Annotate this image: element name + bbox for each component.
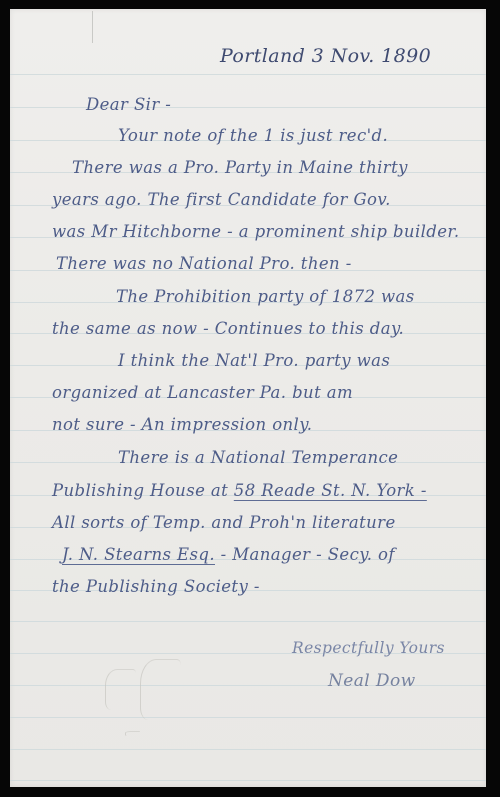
letter-line: organized at Lancaster Pa. but am — [52, 385, 353, 402]
closing: Respectfully Yours — [292, 641, 445, 657]
letter-line: All sorts of Temp. and Proh'n literature — [52, 515, 396, 532]
letter-line: Publishing House at 58 Reade St. N. York… — [52, 483, 427, 500]
rule-line — [10, 74, 486, 75]
rule-line — [10, 107, 486, 108]
letter-text: - Manager - Secy. of — [215, 545, 395, 564]
faint-pencil-mark — [105, 669, 136, 710]
rule-line — [10, 621, 486, 622]
scanned-letter: Portland 3 Nov. 1890 Dear Sir - Your not… — [0, 0, 500, 797]
rule-line — [10, 780, 486, 781]
letter-text: Publishing House at — [52, 481, 234, 500]
underlined-address: 58 Reade St. N. York - — [234, 481, 427, 500]
letter-line: was Mr Hitchborne - a prominent ship bui… — [52, 224, 460, 241]
letter-line: the Publishing Society - — [52, 579, 260, 596]
letter-line: years ago. The first Candidate for Gov. — [52, 192, 391, 209]
letter-line: There is a National Temperance — [118, 450, 398, 467]
letter-paper: Portland 3 Nov. 1890 Dear Sir - Your not… — [10, 9, 486, 787]
letter-line: the same as now - Continues to this day. — [52, 321, 404, 338]
letter-line: Your note of the 1 is just rec'd. — [118, 128, 388, 145]
letter-line: J. N. Stearns Esq. - Manager - Secy. of — [62, 547, 395, 564]
letter-line: There was no National Pro. then - — [56, 256, 352, 273]
letter-line: The Prohibition party of 1872 was — [116, 289, 415, 306]
letter-line: I think the Nat'l Pro. party was — [118, 353, 390, 370]
letter-line: There was a Pro. Party in Maine thirty — [72, 160, 408, 177]
dateline: Portland 3 Nov. 1890 — [220, 47, 431, 66]
letter-line: not sure - An impression only. — [52, 417, 312, 434]
salutation: Dear Sir - — [86, 97, 171, 114]
underlined-name: J. N. Stearns Esq. — [62, 545, 215, 564]
faint-pencil-mark — [125, 731, 140, 736]
rule-line — [10, 749, 486, 750]
faint-pencil-mark — [140, 659, 181, 720]
paper-crease — [92, 11, 93, 43]
rule-line — [10, 717, 486, 718]
signature: Neal Dow — [328, 673, 416, 690]
